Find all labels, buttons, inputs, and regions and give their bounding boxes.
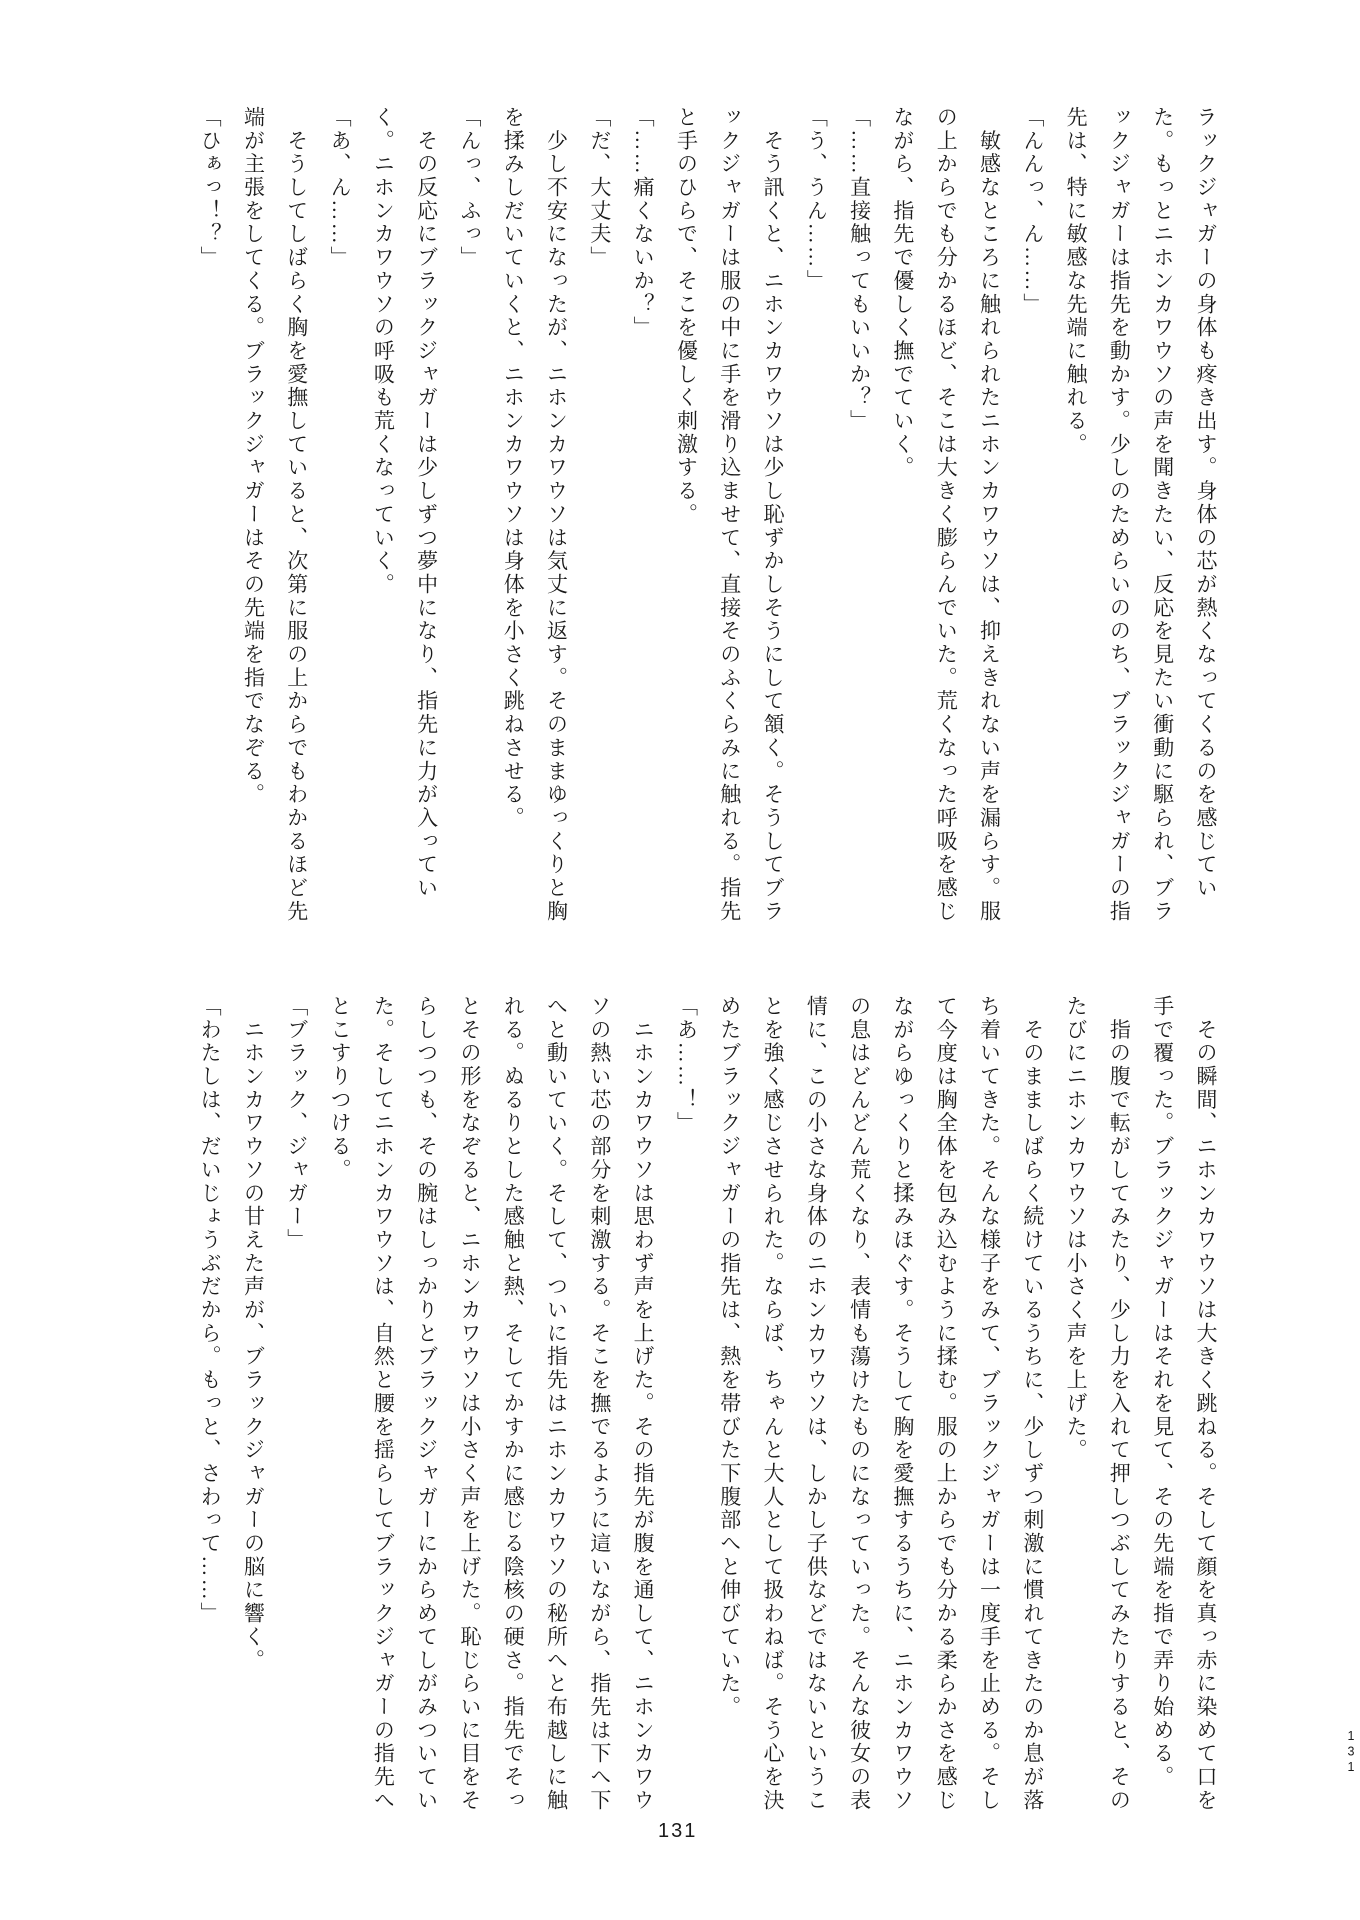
text-column: 「……直接触ってもいいか？」 (837, 106, 880, 926)
text-column: 「んんっ、ん……」 (1011, 106, 1054, 926)
text-column: ックジャガーは服の中に手を滑り込ませて、直接そのふくらみに触れる。指先 (707, 106, 750, 926)
text-column: その反応にブラックジャガーは少しずつ夢中になり、指先に力が入ってい (404, 106, 447, 926)
text-column: ソの熱い芯の部分を刺激する。そこを撫でるように這いながら、指先は下へ下 (578, 995, 621, 1817)
text-column: を揉みしだいていくと、ニホンカワウソは身体を小さく跳ねさせる。 (491, 106, 534, 926)
text-column: 「わたしは、だいじょうぶだから。もっと、さわって……」 (188, 995, 231, 1817)
text-column: ち着いてきた。そんな様子をみて、ブラックジャガーは一度手を止める。そし (967, 995, 1010, 1817)
text-column: 手で覆った。ブラックジャガーはそれを見て、その先端を指で弄り始める。 (1140, 995, 1183, 1817)
text-column: とその形をなぞると、ニホンカワウソは小さく声を上げた。恥じらいに目をそ (448, 995, 491, 1817)
text-column: とこすりつける。 (318, 995, 361, 1817)
text-column: へと動いていく。そして、ついに指先はニホンカワウソの秘所へと布越しに触 (534, 995, 577, 1817)
text-column: 指の腹で転がしてみたり、少し力を入れて押しつぶしてみたりすると、その (1097, 995, 1140, 1817)
text-column: 先は、特に敏感な先端に触れる。 (1054, 106, 1097, 926)
text-column: たびにニホンカワウソは小さく声を上げた。 (1054, 995, 1097, 1817)
text-column: く。ニホンカワウソの呼吸も荒くなっていく。 (361, 106, 404, 926)
text-column: 敏感なところに触れられたニホンカワウソは、抑えきれない声を漏らす。服 (967, 106, 1010, 926)
text-column: と手のひらで、そこを優しく刺激する。 (664, 106, 707, 926)
text-column: 「ひぁっ！？」 (188, 106, 231, 926)
text-column: ながら、指先で優しく撫でていく。 (881, 106, 924, 926)
text-column: とを強く感じさせられた。ならば、ちゃんと大人として扱わねば。そう心を決 (751, 995, 794, 1817)
text-column: 少し不安になったが、ニホンカワウソは気丈に返す。そのままゆっくりと胸 (534, 106, 577, 926)
text-column: 「んっ、ふっ」 (448, 106, 491, 926)
text-column: ニホンカワウソは思わず声を上げた。その指先が腹を通して、ニホンカワウ (621, 995, 664, 1817)
text-column: 端が主張をしてくる。ブラックジャガーはその先端を指でなぞる。 (231, 106, 274, 926)
edge-page-number: 131 (1344, 1729, 1358, 1776)
text-column: た。もっとニホンカワウソの声を聞きたい、反応を見たい衝動に駆られ、ブラ (1140, 106, 1183, 926)
text-column: 「あ、ん……」 (318, 106, 361, 926)
text-column: ニホンカワウソの甘えた声が、ブラックジャガーの脳に響く。 (231, 995, 274, 1817)
text-column: めたブラックジャガーの指先は、熱を帯びた下腹部へと伸びていた。 (707, 995, 750, 1817)
text-column: そのまましばらく続けているうちに、少しずつ刺激に慣れてきたのか息が落 (1011, 995, 1054, 1817)
text-column: そう訊くと、ニホンカワウソは少し恥ずかしそうにして頷く。そうしてブラ (751, 106, 794, 926)
vertical-text-block-top: ラックジャガーの身体も疼き出す。身体の芯が熱くなってくるのを感じていた。もっとニ… (188, 106, 1227, 926)
text-column: て今度は胸全体を包み込むように揉む。服の上からでも分かる柔らかさを感じ (924, 995, 967, 1817)
text-column: そうしてしばらく胸を愛撫していると、次第に服の上からでもわかるほど先 (274, 106, 317, 926)
text-column: 「う、うん……」 (794, 106, 837, 926)
text-column: れる。ぬるりとした感触と熱、そしてかすかに感じる陰核の硬さ。指先でそっ (491, 995, 534, 1817)
text-column: の上からでも分かるほど、そこは大きく膨らんでいた。荒くなった呼吸を感じ (924, 106, 967, 926)
text-column: た。そしてニホンカワウソは、自然と腰を揺らしてブラックジャガーの指先へ (361, 995, 404, 1817)
book-page: ラックジャガーの身体も疼き出す。身体の芯が熱くなってくるのを感じていた。もっとニ… (0, 0, 1360, 1920)
text-column: その瞬間、ニホンカワウソは大きく跳ねる。そして顔を真っ赤に染めて口を (1184, 995, 1227, 1817)
text-column: ックジャガーは指先を動かす。少しのためらいののち、ブラックジャガーの指 (1097, 106, 1140, 926)
text-column: 「……痛くないか？」 (621, 106, 664, 926)
text-column: 情に、この小さな身体のニホンカワウソは、しかし子供などではないというこ (794, 995, 837, 1817)
text-column: 「ブラック、ジャガー」 (274, 995, 317, 1817)
page-number: 131 (658, 1820, 697, 1843)
text-column: 「あ……！」 (664, 995, 707, 1817)
text-column: ラックジャガーの身体も疼き出す。身体の芯が熱くなってくるのを感じてい (1184, 106, 1227, 926)
text-column: ながらゆっくりと揉みほぐす。そうして胸を愛撫するうちに、ニホンカワウソ (881, 995, 924, 1817)
vertical-text-block-bottom: その瞬間、ニホンカワウソは大きく跳ねる。そして顔を真っ赤に染めて口を手で覆った。… (188, 995, 1227, 1817)
text-column: の息はどんどん荒くなり、表情も蕩けたものになっていった。そんな彼女の表 (837, 995, 880, 1817)
text-column: 「だ、大丈夫」 (578, 106, 621, 926)
text-column: らしつつも、その腕はしっかりとブラックジャガーにからめてしがみついてい (404, 995, 447, 1817)
